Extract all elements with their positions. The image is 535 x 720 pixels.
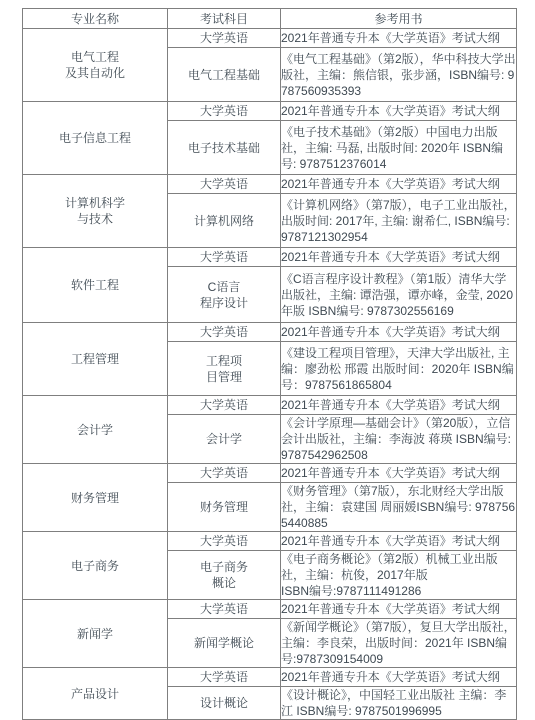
header-reference-book: 参考用书	[281, 9, 517, 29]
subject-cell: 电子技术基础	[168, 121, 281, 175]
reference-books-table: 专业名称 考试科目 参考用书 电气工程 及其自动化 大学英语 2021年普通专升…	[22, 8, 517, 720]
table-row: 计算机科学 与技术 大学英语 2021年普通专升本《大学英语》考试大纲	[23, 175, 517, 194]
subject-cell-english: 大学英语	[168, 600, 281, 619]
subject-cell: 电子商务 概论	[168, 551, 281, 600]
exam-reference-table: 专业名称 考试科目 参考用书 电气工程 及其自动化 大学英语 2021年普通专升…	[22, 8, 517, 720]
book-cell: 《财务管理》（第7版），东北财经大学出版社，主编：袁建国 周丽媛ISBN编号: …	[281, 483, 517, 532]
major-name-cell: 会计学	[23, 396, 168, 464]
subject-cell: 计算机网络	[168, 194, 281, 248]
book-cell-english: 2021年普通专升本《大学英语》考试大纲	[281, 102, 517, 121]
subject-cell: 电气工程基础	[168, 48, 281, 102]
subject-cell-english: 大学英语	[168, 532, 281, 551]
table-row: 会计学 大学英语 2021年普通专升本《大学英语》考试大纲	[23, 396, 517, 415]
book-cell-english: 2021年普通专升本《大学英语》考试大纲	[281, 323, 517, 342]
header-major-name: 专业名称	[23, 9, 168, 29]
book-cell: 《新闻学概论》（第7版），复旦大学出版社，主编：李良荣，出版时间：2021年 I…	[281, 619, 517, 668]
subject-cell-english: 大学英语	[168, 175, 281, 194]
major-name-cell: 计算机科学 与技术	[23, 175, 168, 248]
subject-cell-english: 大学英语	[168, 102, 281, 121]
book-cell: 《设计概论》，中国轻工业出版社 主编：李江 ISBN编号: 9787501996…	[281, 687, 517, 720]
major-name-cell: 产品设计	[23, 668, 168, 720]
subject-cell: C语言 程序设计	[168, 267, 281, 323]
table-row: 电子商务 大学英语 2021年普通专升本《大学英语》考试大纲	[23, 532, 517, 551]
header-row: 专业名称 考试科目 参考用书	[23, 9, 517, 29]
table-row: 新闻学 大学英语 2021年普通专升本《大学英语》考试大纲	[23, 600, 517, 619]
book-cell: 《建设工程项目管理》，天津大学出版社, 主编：廖劲松 邢霞 出版时间：2020年…	[281, 342, 517, 396]
table-row: 电子信息工程 大学英语 2021年普通专升本《大学英语》考试大纲	[23, 102, 517, 121]
book-cell-english: 2021年普通专升本《大学英语》考试大纲	[281, 464, 517, 483]
subject-cell: 设计概论	[168, 687, 281, 720]
header-exam-subject: 考试科目	[168, 9, 281, 29]
book-cell-english: 2021年普通专升本《大学英语》考试大纲	[281, 396, 517, 415]
major-name-cell: 软件工程	[23, 248, 168, 323]
book-cell: 《C语言程序设计教程》（第1版）清华大学出版社，主编: 谭浩强，谭亦峰，金莹, …	[281, 267, 517, 323]
major-name-cell: 工程管理	[23, 323, 168, 396]
subject-cell-english: 大学英语	[168, 464, 281, 483]
major-name-cell: 财务管理	[23, 464, 168, 532]
major-name-cell: 电子信息工程	[23, 102, 168, 175]
book-cell-english: 2021年普通专升本《大学英语》考试大纲	[281, 532, 517, 551]
subject-cell-english: 大学英语	[168, 29, 281, 48]
book-cell-english: 2021年普通专升本《大学英语》考试大纲	[281, 600, 517, 619]
subject-cell: 新闻学概论	[168, 619, 281, 668]
book-cell: 《会计学原理—基础会计》（第20版），立信会计出版社，主编：李海波 蒋瑛 ISB…	[281, 415, 517, 464]
table-row: 工程管理 大学英语 2021年普通专升本《大学英语》考试大纲	[23, 323, 517, 342]
subject-cell-english: 大学英语	[168, 248, 281, 267]
table-row: 产品设计 大学英语 2021年普通专升本《大学英语》考试大纲	[23, 668, 517, 687]
subject-cell: 会计学	[168, 415, 281, 464]
book-cell: 《电气工程基础》（第2版），华中科技大学出版社，主编：熊信银，张步涵，ISBN编…	[281, 48, 517, 102]
subject-cell: 工程项 目管理	[168, 342, 281, 396]
book-cell: 《计算机网络》（第7版），电子工业出版社，出版时间: 2017年, 主编: 谢希…	[281, 194, 517, 248]
book-cell-english: 2021年普通专升本《大学英语》考试大纲	[281, 668, 517, 687]
subject-cell-english: 大学英语	[168, 396, 281, 415]
book-cell: 《电子技术基础》（第2版）中国电力出版社，主编: 马磊, 出版时间: 2020年…	[281, 121, 517, 175]
major-name-cell: 电子商务	[23, 532, 168, 600]
subject-cell-english: 大学英语	[168, 668, 281, 687]
book-cell-english: 2021年普通专升本《大学英语》考试大纲	[281, 29, 517, 48]
table-row: 财务管理 大学英语 2021年普通专升本《大学英语》考试大纲	[23, 464, 517, 483]
major-name-cell: 电气工程 及其自动化	[23, 29, 168, 102]
table-row: 软件工程 大学英语 2021年普通专升本《大学英语》考试大纲	[23, 248, 517, 267]
subject-cell: 财务管理	[168, 483, 281, 532]
book-cell-english: 2021年普通专升本《大学英语》考试大纲	[281, 248, 517, 267]
book-cell: 《电子商务概论》（第2版）机械工业出版社，主编：杭俊，2017年版 ISBN编号…	[281, 551, 517, 600]
book-cell-english: 2021年普通专升本《大学英语》考试大纲	[281, 175, 517, 194]
table-row: 电气工程 及其自动化 大学英语 2021年普通专升本《大学英语》考试大纲	[23, 29, 517, 48]
subject-cell-english: 大学英语	[168, 323, 281, 342]
major-name-cell: 新闻学	[23, 600, 168, 668]
